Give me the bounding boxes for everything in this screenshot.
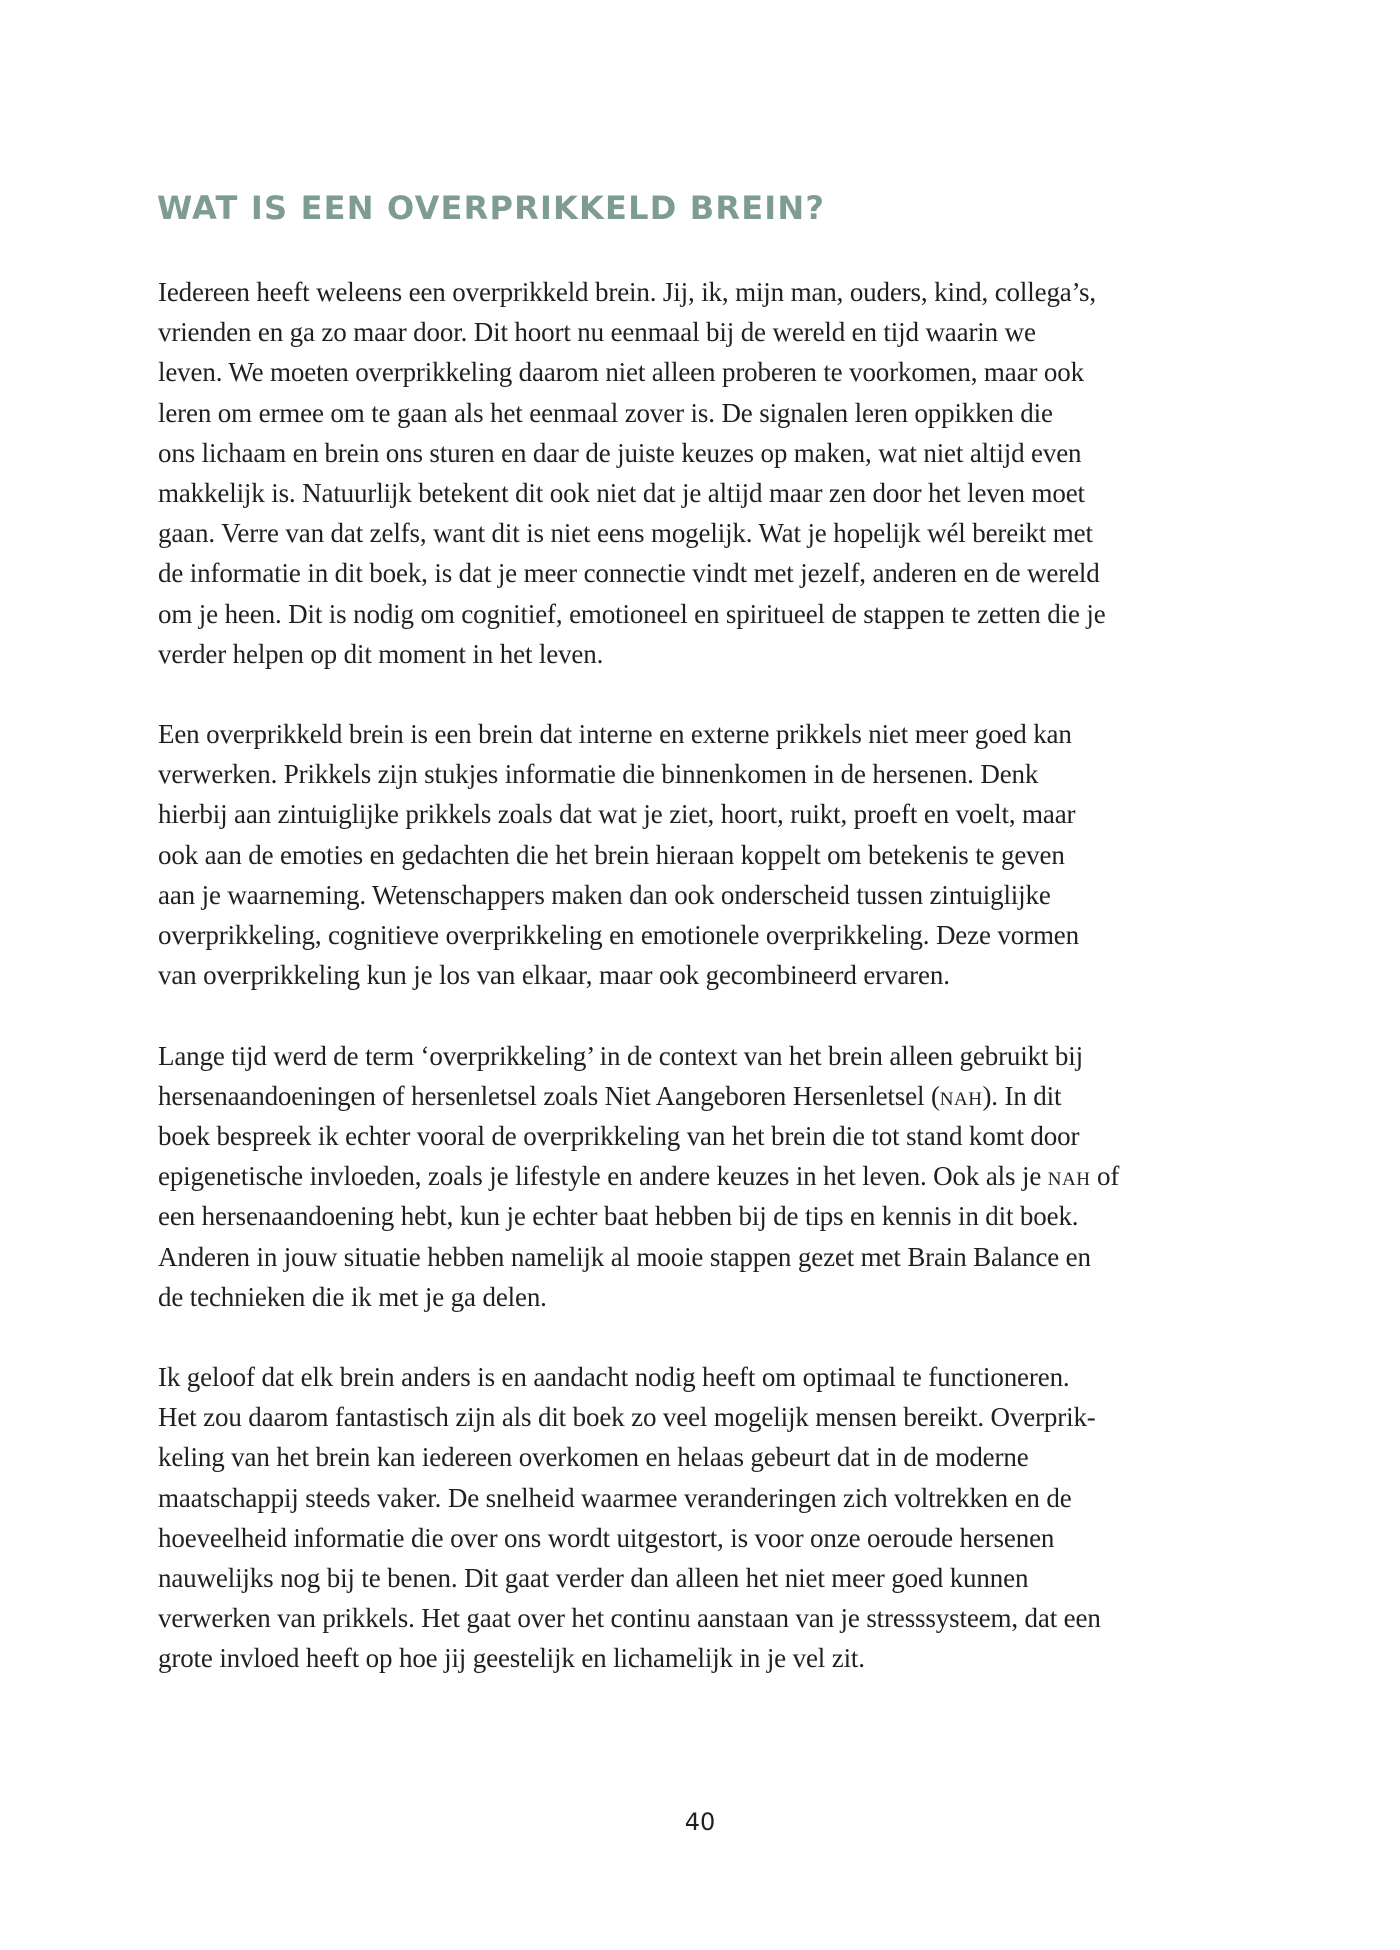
- text-line: de technieken die ik met je ga delen.: [158, 1277, 1218, 1317]
- text-line: hierbij aan zintuiglijke prikkels zoals …: [158, 794, 1218, 834]
- text-line: van overprikkeling kun je los van elkaar…: [158, 955, 1218, 995]
- text-line: verder helpen op dit moment in het leven…: [158, 634, 1218, 674]
- text-line: verwerken van prikkels. Het gaat over he…: [158, 1598, 1218, 1638]
- text-line: leren om ermee om te gaan als het eenmaa…: [158, 393, 1218, 433]
- text-line: Anderen in jouw situatie hebben namelijk…: [158, 1237, 1218, 1277]
- text-line: om je heen. Dit is nodig om cognitief, e…: [158, 594, 1218, 634]
- text-line: grote invloed heeft op hoe jij geestelij…: [158, 1638, 1218, 1678]
- text-line: boek bespreek ik echter vooral de overpr…: [158, 1116, 1218, 1156]
- text-line: hoeveelheid informatie die over ons word…: [158, 1518, 1218, 1558]
- abbreviation-nah: nah: [1048, 1161, 1091, 1191]
- paragraph-1: Iedereen heeft weleens een overprikkeld …: [158, 272, 1218, 674]
- body-text: Iedereen heeft weleens een overprikkeld …: [158, 272, 1218, 1719]
- text-line: een hersenaandoening hebt, kun je echter…: [158, 1196, 1218, 1236]
- text-line: Ik geloof dat elk brein anders is en aan…: [158, 1357, 1218, 1397]
- text-line: ons lichaam en brein ons sturen en daar …: [158, 433, 1218, 473]
- page-number: 40: [0, 1808, 1400, 1836]
- text-line: de informatie in dit boek, is dat je mee…: [158, 553, 1218, 593]
- text-line: verwerken. Prikkels zijn stukjes informa…: [158, 754, 1218, 794]
- text-line: aan je waarneming. Wetenschappers maken …: [158, 875, 1218, 915]
- text-line: vrienden en ga zo maar door. Dit hoort n…: [158, 312, 1218, 352]
- text-line: Het zou daarom fantastisch zijn als dit …: [158, 1397, 1218, 1437]
- text-line: nauwelijks nog bij te benen. Dit gaat ve…: [158, 1558, 1218, 1598]
- paragraph-2: Een overprikkeld brein is een brein dat …: [158, 714, 1218, 995]
- book-page: WAT IS EEN OVERPRIKKELD BREIN? Iedereen …: [0, 0, 1400, 1950]
- text-line: ook aan de emoties en gedachten die het …: [158, 835, 1218, 875]
- text-line: leven. We moeten overprikkeling daarom n…: [158, 352, 1218, 392]
- text-line: Lange tijd werd de term ‘overprikkeling’…: [158, 1036, 1218, 1076]
- text-line: hersenaandoeningen of hersenletsel zoals…: [158, 1076, 1218, 1116]
- paragraph-3: Lange tijd werd de term ‘overprikkeling’…: [158, 1036, 1218, 1317]
- text-line: overprikkeling, cognitieve overprikkelin…: [158, 915, 1218, 955]
- text-line: gaan. Verre van dat zelfs, want dit is n…: [158, 513, 1218, 553]
- text-line: keling van het brein kan iedereen overko…: [158, 1437, 1218, 1477]
- abbreviation-nah: nah: [940, 1081, 983, 1111]
- text-line: Een overprikkeld brein is een brein dat …: [158, 714, 1218, 754]
- paragraph-4: Ik geloof dat elk brein anders is en aan…: [158, 1357, 1218, 1679]
- text-line: Iedereen heeft weleens een overprikkeld …: [158, 272, 1218, 312]
- text-line: epigenetische invloeden, zoals je lifest…: [158, 1156, 1218, 1196]
- text-line: makkelijk is. Natuurlijk betekent dit oo…: [158, 473, 1218, 513]
- section-heading: WAT IS EEN OVERPRIKKELD BREIN?: [157, 188, 825, 228]
- text-line: maatschappij steeds vaker. De snelheid w…: [158, 1478, 1218, 1518]
